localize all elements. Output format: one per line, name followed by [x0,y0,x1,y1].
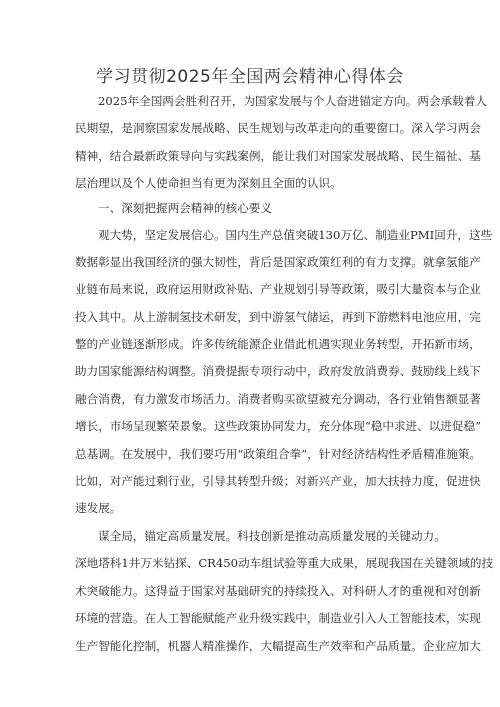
body-text-line: 精神，结合最新政策导向与实践案例，能让我们对国家发展战略、民生福祉、基 [75,148,427,164]
body-text-line: 比如，对产能过剩行业，引导其转型升级；对新兴产业，加大扶持力度，促进快 [75,473,427,489]
body-text-line: 数据彰显出我国经济的强大韧性，背后是国家政策红利的有力支撑。就拿氢能产 [75,254,427,270]
body-text-line: 业链布局来说，政府运用财政补贴、产业规划引导等政策，吸引大量资本与企业 [75,281,427,297]
body-text-line: 2025年全国两会胜利召开，为国家发展与个人奋进锚定方向。两会承载着人 [98,93,427,109]
section-heading: 一、深刻把握两会精神的核心要义 [98,200,427,216]
body-text-line: 融合消费，有力激发市场活力。消费者购买欲望被充分调动，各行业销售额显著 [75,391,427,407]
body-text-line: 民期望，是洞察国家发展战略、民生规划与改革走向的重要窗口。深入学习两会 [75,120,427,136]
body-text-line: 生产智能化控制，机器人精准操作，大幅提高生产效率和产品质量。企业应加大 [75,638,427,654]
body-text-line: 总基调。在发展中，我们要巧用“政策组合拳”，针对经济结构性矛盾精准施策。 [75,446,427,462]
body-text-line: 投入其中。从上游制氢技术研发，到中游氢气储运，再到下游燃料电池应用，完 [75,309,427,325]
document-title: 学习贯彻2025年全国两会精神心得体会 [0,62,500,87]
body-text-line: 深地塔科1井万米钻探、CR450动车组试验等重大成果，展现我国在关键领域的技 [75,555,427,571]
body-text-line: 助力国家能源结构调整。消费提振专项行动中，政府发放消费券、鼓励线上线下 [75,363,427,379]
body-text-line: 整的产业链逐渐形成。许多传统能源企业借此机遇实现业务转型，开拓新市场， [75,336,427,352]
body-text-line: 谋全局，锚定高质量发展。科技创新是推动高质量发展的关键动力。 [98,528,427,544]
body-text-line: 术突破能力。这得益于国家对基础研究的持续投入、对科研人才的重视和对创新 [75,583,427,599]
body-text-line: 增长，市场呈现繁荣景象。这些政策协同发力，充分体现“稳中求进、以进促稳” [75,418,427,434]
body-text-line: 速发展。 [75,500,427,516]
body-text-line: 层治理以及个人使命担当有更为深刻且全面的认识。 [75,175,427,191]
body-text-line: 环境的营造。在人工智能赋能产业升级实践中，制造业引入人工智能技术，实现 [75,610,427,626]
body-text-line: 观大势，坚定发展信心。国内生产总值突破130万亿、制造业PMI回升，这些 [98,227,427,243]
